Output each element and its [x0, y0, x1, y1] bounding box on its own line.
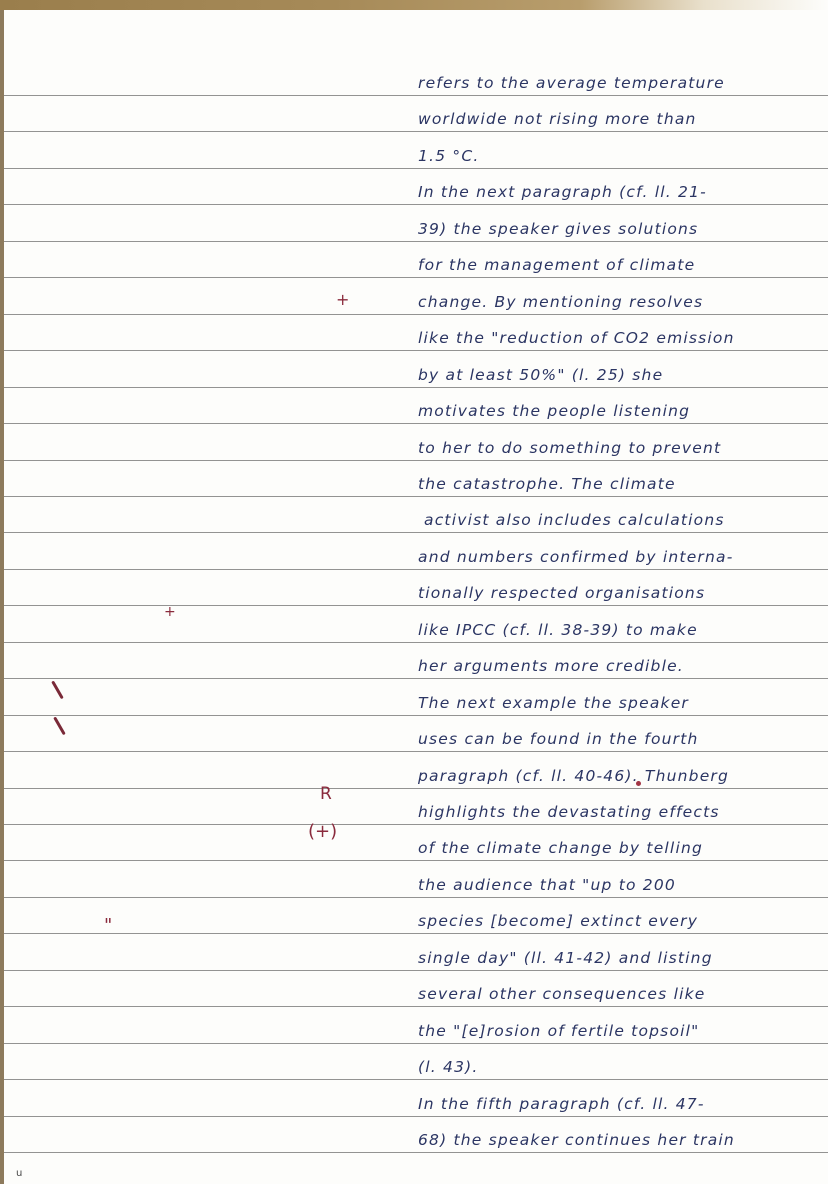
page-corner-mark: u — [16, 1168, 22, 1179]
handwritten-line: In the fifth paragraph (cf. ll. 47- — [418, 1089, 828, 1119]
handwritten-line: to her to do something to prevent — [418, 433, 828, 463]
handwritten-line: paragraph (cf. ll. 40-46). Thunberg — [418, 761, 828, 791]
handwritten-line: highlights the devastating effects — [418, 797, 828, 827]
handwritten-line: and numbers confirmed by interna- — [418, 542, 828, 572]
handwritten-line: The next example the speaker — [418, 688, 828, 718]
margin-slash-mark — [51, 681, 63, 700]
handwritten-line: like IPCC (cf. ll. 38-39) to make — [418, 615, 828, 645]
handwritten-line: tionally respected organisations — [418, 578, 828, 608]
handwritten-line: motivates the people listening — [418, 396, 828, 426]
handwritten-line: uses can be found in the fourth — [418, 724, 828, 754]
handwritten-line: refers to the average temperature — [418, 68, 828, 98]
handwritten-line: change. By mentioning resolves — [418, 287, 828, 317]
handwritten-line: worldwide not rising more than — [418, 104, 828, 134]
handwritten-line: 39) the speaker gives solutions — [418, 214, 828, 244]
handwritten-line: In the next paragraph (cf. ll. 21- — [418, 177, 828, 207]
handwritten-line: single day" (ll. 41-42) and listing — [418, 943, 828, 973]
handwritten-line: 1.5 °C. — [418, 141, 828, 171]
handwritten-line: by at least 50%" (l. 25) she — [418, 360, 828, 390]
margin-r-mark: R — [320, 786, 332, 802]
handwritten-line: several other consequences like — [418, 979, 828, 1009]
handwritten-line: activist also includes calculations — [424, 505, 828, 535]
page-binding-edge — [0, 10, 4, 1184]
margin-plus-paren-mark: (+) — [308, 824, 337, 840]
handwritten-line: species [become] extinct every — [418, 906, 828, 936]
handwritten-line: (l. 43). — [418, 1052, 828, 1082]
inline-correction-dot — [636, 781, 641, 786]
handwritten-line: her arguments more credible. — [418, 651, 828, 681]
handwritten-line: the "[e]rosion of fertile topsoil" — [418, 1016, 828, 1046]
margin-slash-mark — [53, 717, 65, 736]
margin-plus-mark: + — [336, 292, 349, 308]
handwritten-line: of the climate change by telling — [418, 833, 828, 863]
margin-plus-mark: + — [164, 604, 176, 620]
page-top-edge — [0, 0, 828, 10]
handwritten-line: for the management of climate — [418, 250, 828, 280]
handwritten-line: 68) the speaker continues her train — [418, 1125, 828, 1155]
handwritten-line: the audience that "up to 200 — [418, 870, 828, 900]
handwritten-line: the catastrophe. The climate — [418, 469, 828, 499]
margin-quote-mark: " — [104, 918, 112, 934]
handwritten-line: like the "reduction of CO2 emission — [418, 323, 828, 353]
